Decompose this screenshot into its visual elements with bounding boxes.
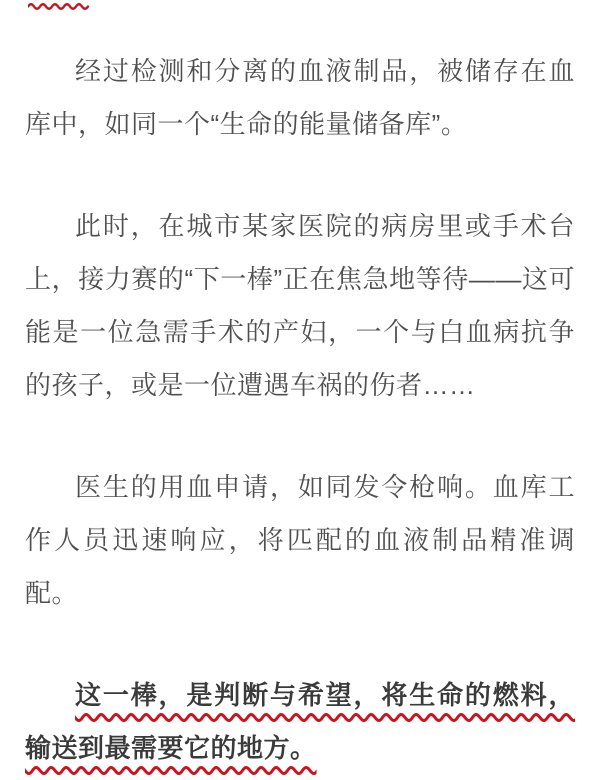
red-wavy-line-fragment-icon [28,2,90,11]
paragraph-hospital-waiting: 此时，在城市某家医院的病房里或手术台上，接力赛的“下一棒”正在焦急地等待——这可… [25,200,575,412]
paragraph-emphasis-conclusion: 这一棒，是判断与希望，将生命的燃料，输送到最需要它的地方。 [25,669,575,775]
article-body: 经过检测和分离的血液制品，被储存在血库中，如同一个“生命的能量储备库”。 此时，… [0,0,600,775]
paragraph-doctor-request: 医生的用血申请，如同发令枪响。血库工作人员迅速响应，将匹配的血液制品精准调配。 [25,461,575,620]
paragraph-blood-storage: 经过检测和分离的血液制品，被储存在血库中，如同一个“生命的能量储备库”。 [25,45,575,151]
article-page: { "colors": { "background": "#ffffff", "… [0,0,600,780]
